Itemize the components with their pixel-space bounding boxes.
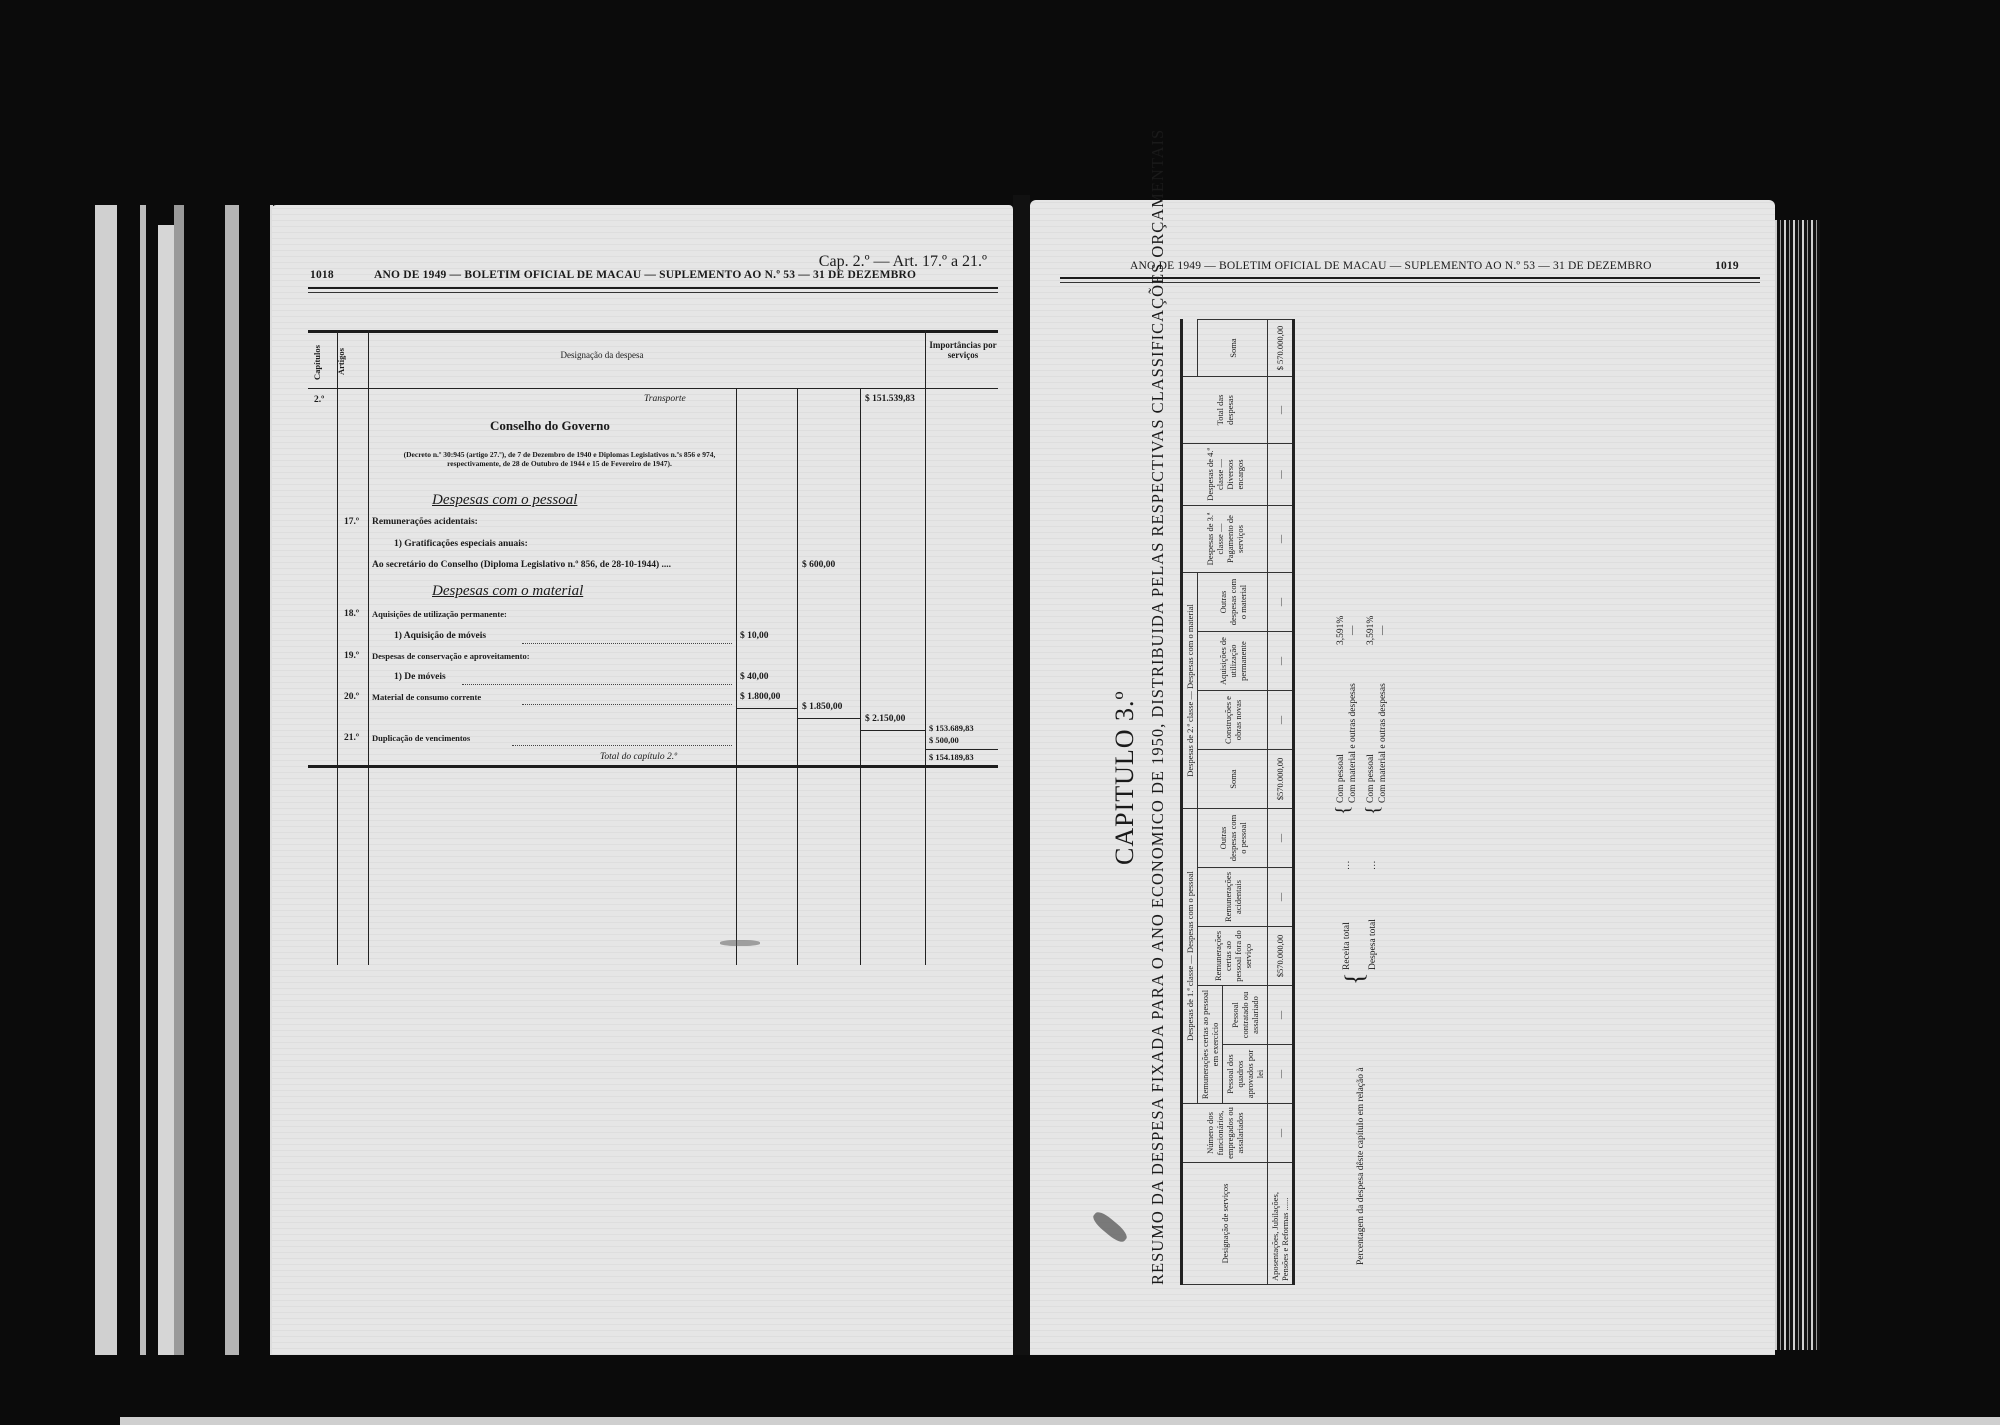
col-aquisicoes: Aquisições de utilização permanente bbox=[1198, 632, 1268, 691]
total-label: Total do capítulo 2.º bbox=[600, 752, 677, 762]
row-label: Remunerações acidentais: bbox=[372, 517, 478, 527]
com-material-label: Com material e outras despesas bbox=[1348, 683, 1358, 803]
col-group-rem-certas: Remunerações certas ao pessoal em exercí… bbox=[1198, 986, 1223, 1104]
leader-dots: … bbox=[1368, 861, 1378, 871]
table-top-rule bbox=[308, 330, 998, 333]
percentage-lead: Percentagem da despesa dêste capítulo em… bbox=[1356, 1067, 1366, 1265]
leader-dots bbox=[522, 704, 732, 705]
cell-pessoal-quadros: — bbox=[1268, 1045, 1294, 1104]
sum-rule bbox=[860, 730, 925, 731]
left-page: 1018 ANO DE 1949 — BOLETIM OFICIAL DE MA… bbox=[272, 205, 1013, 1355]
sum-rule bbox=[925, 749, 998, 750]
col-total: Total das despesas bbox=[1182, 377, 1268, 444]
transport-label: Transporte bbox=[644, 394, 686, 404]
amount-153689: $ 153.689,83 bbox=[929, 723, 974, 733]
amount-600: $ 600,00 bbox=[802, 560, 835, 570]
col-class3: Despesas de 3.ª classe — Pagamento de se… bbox=[1182, 506, 1268, 573]
col-designacao: Designação de serviços bbox=[1182, 1163, 1268, 1285]
col-soma2: Soma bbox=[1198, 320, 1268, 377]
page-number-left: 1018 bbox=[310, 269, 334, 281]
cell-total: $ 570.000,00 bbox=[1268, 320, 1294, 377]
col-numero: Número dos funcionários, empregados ou a… bbox=[1182, 1104, 1268, 1163]
cell-rem-acidentais: — bbox=[1268, 868, 1294, 927]
transport-value: $ 151.539,83 bbox=[865, 394, 915, 404]
row-label: Despesas de conservação e aproveitamento… bbox=[372, 651, 530, 661]
col-group-class1: Despesas de 1.ª classe — Despesas com o … bbox=[1182, 809, 1198, 1104]
col-rem-fora: Remunerações certas ao pessoal fora do s… bbox=[1198, 927, 1268, 986]
cell-soma1: $570.000,00 bbox=[1268, 750, 1294, 809]
brace-icon: { bbox=[1332, 805, 1355, 815]
row-label: Duplicação de vencimentos bbox=[372, 733, 470, 743]
col-soma1: Soma bbox=[1198, 750, 1268, 809]
col-group-class2: Despesas de 2.ª classe — Despesas com o … bbox=[1182, 573, 1198, 809]
leader-dots bbox=[462, 684, 732, 685]
receita-pessoal-pct: 3,591% bbox=[1336, 616, 1346, 645]
leader-dots bbox=[512, 745, 732, 746]
cell-outras-pessoal: — bbox=[1268, 809, 1294, 868]
col-outras-material: Outras despesas com o material bbox=[1198, 573, 1268, 632]
subsection-personnel: Despesas com o pessoal bbox=[432, 492, 577, 509]
rotated-summary-table: CAPITULO 3.º RESUMO DA DESPESA FIXADA PA… bbox=[1100, 285, 1400, 1285]
row-label: 1) Aquisição de móveis bbox=[394, 631, 486, 641]
com-pessoal-label: Com pessoal bbox=[1336, 754, 1346, 803]
col-divider bbox=[368, 330, 369, 965]
subsection-material: Despesas com o material bbox=[432, 583, 583, 600]
row-label: 1) Gratificações especiais anuais: bbox=[394, 539, 528, 549]
running-header-right: ANO DE 1949 — BOLETIM OFICIAL DE MACAU —… bbox=[1130, 260, 1652, 272]
table-bottom-rule bbox=[308, 765, 998, 768]
com-material-label: Com material e outras despesas bbox=[1378, 683, 1388, 803]
com-pessoal-label: Com pessoal bbox=[1366, 754, 1376, 803]
underlying-page-strip bbox=[120, 1417, 2000, 1425]
chapter-label: 2.º bbox=[314, 395, 324, 405]
cell-class4: — bbox=[1268, 377, 1294, 444]
col-divider bbox=[797, 388, 798, 965]
legal-note: (Decreto n.º 30:945 (artigo 27.º), de 7 … bbox=[392, 450, 727, 468]
scan-bottom-border bbox=[0, 1355, 2000, 1425]
ink-blot bbox=[720, 940, 760, 946]
cell-numero: — bbox=[1268, 1104, 1294, 1163]
article-21: 21.º bbox=[344, 733, 359, 743]
col-pessoal-quadros: Pessoal dos quadros aprovados por lei bbox=[1223, 1045, 1268, 1104]
book-gutter bbox=[1013, 195, 1030, 1370]
cell-construcoes: — bbox=[1268, 691, 1294, 750]
article-18: 18.º bbox=[344, 609, 359, 619]
receita-material-pct: — bbox=[1348, 626, 1358, 636]
header-rule-thin bbox=[308, 292, 998, 293]
despesa-total-label: Despesa total bbox=[1368, 919, 1378, 970]
amount-2150: $ 2.150,00 bbox=[865, 714, 905, 724]
row-label: Aquisições de utilização permanente: bbox=[372, 609, 507, 619]
despesa-pessoal-pct: 3,591% bbox=[1366, 616, 1376, 645]
header-bottom-rule bbox=[308, 388, 998, 389]
col-divider bbox=[337, 330, 338, 965]
amount-40: $ 40,00 bbox=[740, 672, 769, 682]
receita-total-label: Receita total bbox=[1342, 922, 1352, 970]
leader-dots: … bbox=[1342, 861, 1352, 871]
cell-pessoal-contratado: — bbox=[1268, 986, 1294, 1045]
brace-icon: { bbox=[1362, 805, 1385, 815]
sum-rule bbox=[797, 718, 860, 719]
cell-soma2: — bbox=[1268, 506, 1294, 573]
sum-rule bbox=[736, 708, 797, 709]
cell-class3: — bbox=[1268, 444, 1294, 506]
header-rule bbox=[308, 287, 998, 289]
col-class4: Despesas de 4.ª classe — Diversos encarg… bbox=[1182, 444, 1268, 506]
row-label: Ao secretário do Conselho (Diploma Legis… bbox=[372, 560, 671, 570]
chapter-subtitle: RESUMO DA DESPESA FIXADA PARA O ANO ECON… bbox=[1148, 129, 1168, 1285]
row-label: Material de consumo corrente bbox=[372, 692, 481, 702]
col-header-importancias: Importâncias por serviços bbox=[928, 340, 998, 360]
total-value: $ 154.189,83 bbox=[929, 752, 974, 762]
col-header-designacao: Designação da despesa bbox=[502, 350, 702, 360]
summary-table: Designação de serviços Número dos funcio… bbox=[1180, 319, 1295, 1285]
amount-500: $ 500,00 bbox=[929, 735, 959, 745]
leader-dots bbox=[522, 643, 732, 644]
book-page-edges bbox=[1775, 220, 1820, 1350]
amount-10: $ 10,00 bbox=[740, 631, 769, 641]
chapter-title: CAPITULO 3.º bbox=[1110, 690, 1140, 865]
article-19: 19.º bbox=[344, 651, 359, 661]
col-divider bbox=[925, 330, 926, 965]
row-label: 1) De móveis bbox=[394, 672, 446, 682]
section-title: Conselho do Governo bbox=[490, 418, 610, 434]
page-number-right: 1019 bbox=[1715, 260, 1739, 272]
amount-1800: $ 1.800,00 bbox=[740, 692, 780, 702]
col-construcoes: Construções e obras novas bbox=[1198, 691, 1268, 750]
cell-outras-material: — bbox=[1268, 573, 1294, 632]
table-row: Aposentações, Jubilações, Pensões e Refo… bbox=[1268, 320, 1294, 1285]
col-divider bbox=[736, 388, 737, 965]
chapter-reference: Cap. 2.º — Art. 17.º a 21.º bbox=[819, 253, 987, 271]
book-binding-edges bbox=[90, 205, 270, 1375]
cell-rem-fora: $570.000,00 bbox=[1268, 927, 1294, 986]
article-20: 20.º bbox=[344, 692, 359, 702]
col-outras-pessoal: Outras despesas com o pessoal bbox=[1198, 809, 1268, 868]
article-17: 17.º bbox=[344, 517, 359, 527]
despesa-material-pct: — bbox=[1378, 626, 1388, 636]
col-divider bbox=[860, 388, 861, 965]
brace-icon: { bbox=[1342, 973, 1368, 985]
cell-aquisicoes: — bbox=[1268, 632, 1294, 691]
col-rem-acidentais: Remunerações acidentais bbox=[1198, 868, 1268, 927]
row-label: Aposentações, Jubilações, Pensões e Refo… bbox=[1268, 1163, 1294, 1285]
col-pessoal-contratado: Pessoal contratado ou assalariado bbox=[1223, 986, 1268, 1045]
amount-1850: $ 1.850,00 bbox=[802, 702, 842, 712]
col-header-capitulos: Capítulos bbox=[312, 345, 322, 380]
